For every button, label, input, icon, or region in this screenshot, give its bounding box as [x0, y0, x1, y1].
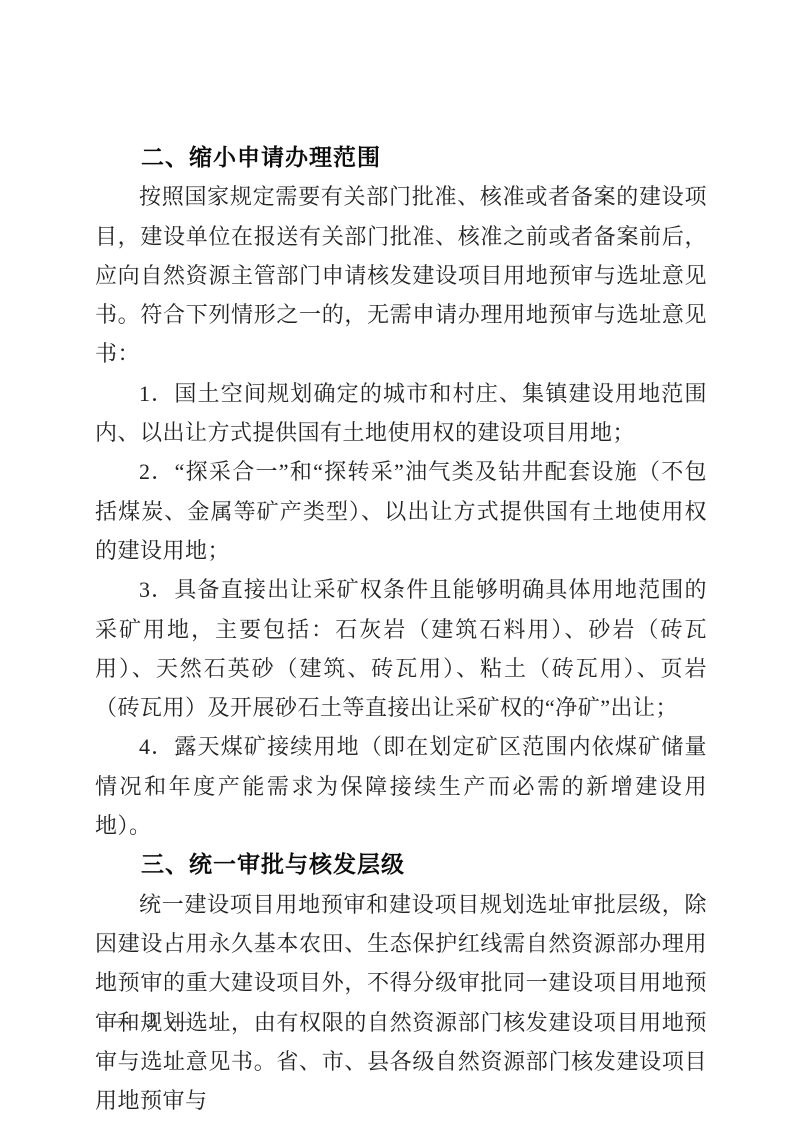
section-heading-3: 三、统一审批与核发层级	[95, 845, 707, 884]
list-item-3: 3．具备直接出让采矿权条件且能够明确具体用地范围的采矿用地，主要包括：石灰岩（建…	[95, 570, 707, 727]
intro-paragraph: 按照国家规定需要有关部门批准、核准或者备案的建设项目，建设单位在报送有关部门批准…	[95, 177, 707, 373]
list-item-4: 4．露天煤矿接续用地（即在划定矿区范围内依煤矿储量情况和年度产能需求为保障接续生…	[95, 727, 707, 845]
list-item-1: 1．国土空间规划确定的城市和村庄、集镇建设用地范围内、以出让方式提供国有土地使用…	[95, 374, 707, 453]
page-number: — 2 —	[114, 1010, 192, 1031]
document-page: 二、缩小申请办理范围 按照国家规定需要有关部门批准、核准或者备案的建设项目，建设…	[0, 0, 800, 1132]
section-heading-2: 二、缩小申请办理范围	[95, 138, 707, 177]
document-body: 二、缩小申请办理范围 按照国家规定需要有关部门批准、核准或者备案的建设项目，建设…	[95, 138, 707, 1120]
section-3-paragraph: 统一建设项目用地预审和建设项目规划选址审批层级，除因建设占用永久基本农田、生态保…	[95, 885, 707, 1121]
list-item-2: 2．“探采合一”和“探转采”油气类及钻井配套设施（不包括煤炭、金属等矿产类型）、…	[95, 452, 707, 570]
